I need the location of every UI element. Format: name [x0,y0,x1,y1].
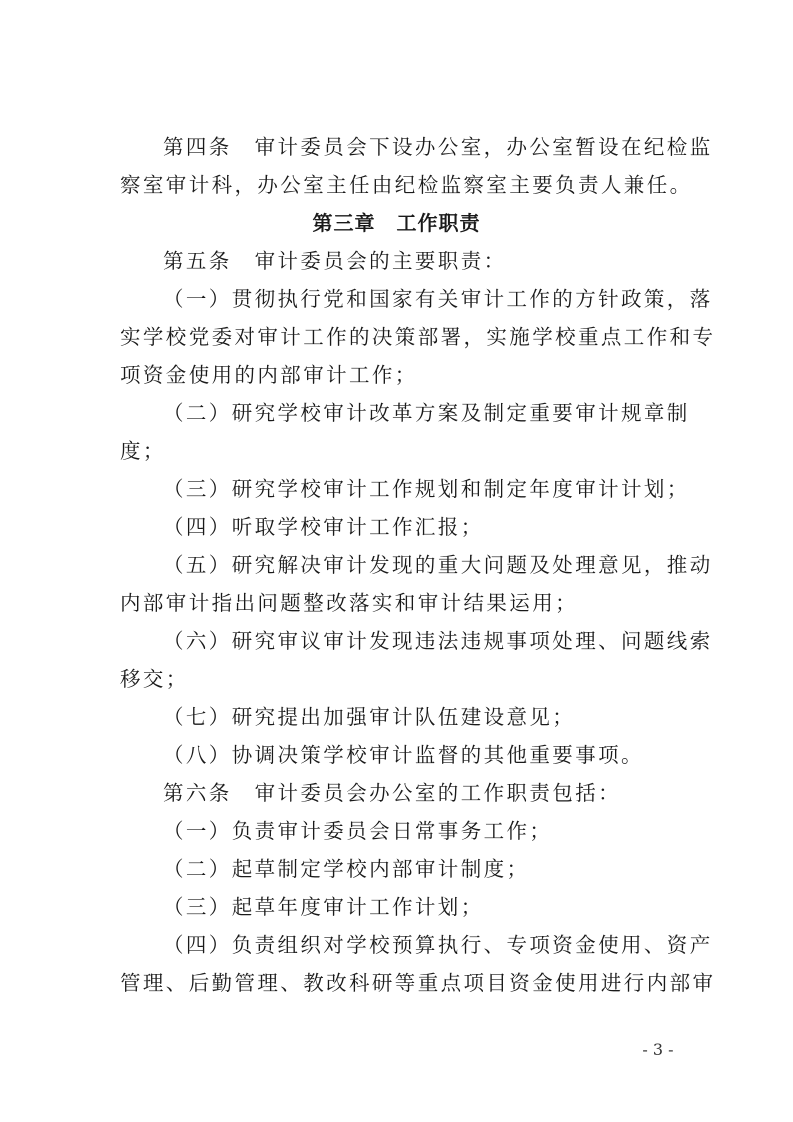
chapter-heading: 第三章 工作职责 [0,204,793,242]
article-4-line-1: 第四条 审计委员会下设办公室，办公室暂设在纪检监 [163,128,676,166]
article-5-item-2-line-2: 度； [120,432,676,470]
article-5-item-4: （四）听取学校审计工作汇报； [163,508,676,546]
article-4-line-2: 察室审计科，办公室主任由纪检监察室主要负责人兼任。 [120,166,676,204]
article-5-item-5-line-1: （五）研究解决审计发现的重大问题及处理意见，推动 [163,546,676,584]
article-5-item-1-line-1: （一）贯彻执行党和国家有关审计工作的方针政策，落 [163,280,676,318]
article-6-item-2: （二）起草制定学校内部审计制度； [163,850,676,888]
article-5-item-6-line-1: （六）研究审议审计发现违法违规事项处理、问题线索 [163,622,676,660]
article-5-item-3: （三）研究学校审计工作规划和制定年度审计计划； [163,470,676,508]
page-number: - 3 - [628,1040,688,1059]
article-5-item-5-line-2: 内部审计指出问题整改落实和审计结果运用； [120,584,676,622]
document-page: 第四条 审计委员会下设办公室，办公室暂设在纪检监 察室审计科，办公室主任由纪检监… [0,0,793,1122]
article-5-item-8: （八）协调决策学校审计监督的其他重要事项。 [163,736,676,774]
article-5-item-6-line-2: 移交； [120,660,676,698]
article-6-item-1: （一）负责审计委员会日常事务工作； [163,812,676,850]
article-5-item-2-line-1: （二）研究学校审计改革方案及制定重要审计规章制 [163,394,676,432]
article-6-item-4-line-2: 管理、后勤管理、教改科研等重点项目资金使用进行内部审 [120,964,676,1002]
article-5-item-1-line-2: 实学校党委对审计工作的决策部署，实施学校重点工作和专 [120,318,676,356]
article-6-item-4-line-1: （四）负责组织对学校预算执行、专项资金使用、资产 [163,926,676,964]
article-5-item-7: （七）研究提出加强审计队伍建设意见； [163,698,676,736]
article-5-intro: 第五条 审计委员会的主要职责： [163,242,676,280]
article-5-item-1-line-3: 项资金使用的内部审计工作； [120,356,676,394]
article-6-item-3: （三）起草年度审计工作计划； [163,888,676,926]
article-6-intro: 第六条 审计委员会办公室的工作职责包括： [163,774,676,812]
